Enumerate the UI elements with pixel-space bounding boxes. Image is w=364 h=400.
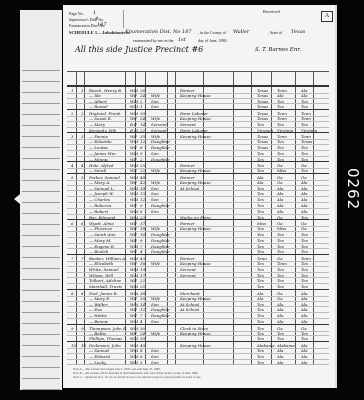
month-year: day of June, 1880. (198, 38, 227, 43)
schedule-title: SCHEDULE 1.—Inhabitants in (69, 30, 130, 35)
enumeration-day: 1st (178, 37, 186, 43)
cell-fbp: Ala (277, 360, 284, 365)
state-label: , State of (268, 30, 282, 35)
stamp-letter: A (321, 11, 333, 22)
enumerator-name: S. T. Barnes Enr. (255, 47, 301, 53)
reel-frame-number: 0262 (344, 168, 364, 228)
cell-sex: M (134, 360, 138, 365)
page-tab-marker (14, 194, 20, 204)
place: Enumeration Dist. No 187 (125, 29, 191, 35)
footer-notes: Note A.—The Census Year begins June 1, 1… (73, 367, 293, 379)
census-page: Page No. 1 Supervisor's Dist. No. 4 Enum… (63, 5, 337, 388)
column-headers (67, 71, 329, 86)
page-header: Page No. 1 Supervisor's Dist. No. 4 Enum… (63, 5, 335, 65)
previous-page-strip (20, 10, 62, 390)
enumeration-dist: 187 (97, 22, 107, 28)
cell-bp: Tex (257, 360, 264, 365)
county: Waller (233, 29, 249, 35)
cell-age: 3 (140, 360, 143, 365)
state: Texas (291, 29, 305, 35)
cell-mbp: Ala (301, 360, 308, 365)
cell-name: — Lucky (89, 360, 106, 365)
district-description: All this side Justice Precinct #6 (75, 45, 203, 54)
county-label: , in the County of (198, 30, 226, 35)
footer-note-c: Note C.—Questions Nos. 13, 14, 22 and 23… (73, 375, 293, 379)
page-no-label: Page No. (69, 11, 84, 16)
received-label: Received (263, 9, 280, 14)
enumerated-label: enumerated by me on the (133, 38, 173, 43)
table-row: — LuckyWM3SonTexAlaAla (67, 359, 329, 366)
census-table: 11Roach, Henry B.WM26FarmerTexasTennAla—… (67, 85, 329, 366)
cell-rel: Son (151, 360, 159, 365)
